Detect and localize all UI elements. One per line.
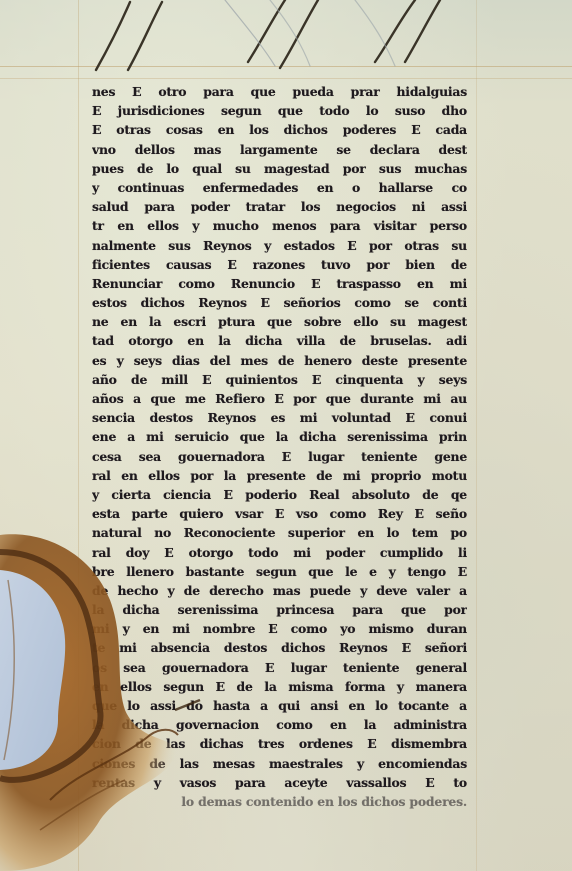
text-line: cesa sea gouernadora E lugar teniente ge… <box>92 447 467 466</box>
text-line: salud para poder tratar los negocios ni … <box>92 197 467 216</box>
text-line: tr en ellos y mucho menos para visitar p… <box>92 216 467 235</box>
text-line: nalmente sus Reynos y estados E por otra… <box>92 236 467 255</box>
text-line: nes E otro para que pueda prar hidalguia… <box>92 82 467 101</box>
burn-damage-hole <box>0 530 230 871</box>
text-line: sencia destos Reynos es mi voluntad E co… <box>92 408 467 427</box>
text-line: estos dichos Reynos E señorios como se c… <box>92 293 467 312</box>
text-line: ficientes causas E razones tuvo por bien… <box>92 255 467 274</box>
text-line: E jurisdiciones segun que todo lo suso d… <box>92 101 467 120</box>
text-line: y continuas enfermedades en o hallarse c… <box>92 178 467 197</box>
text-line: año de mill E quinientos E cinquenta y s… <box>92 370 467 389</box>
text-line: es y seys dias del mes de henero deste p… <box>92 351 467 370</box>
text-line: Renunciar como Renuncio E traspasso en m… <box>92 274 467 293</box>
text-line: E otras cosas en los dichos poderes E ca… <box>92 120 467 139</box>
text-line: tad otorgo en la dicha villa de bruselas… <box>92 331 467 350</box>
text-line: pues de lo qual su magestad por sus much… <box>92 159 467 178</box>
text-line: ral en ellos por la presente de mi propr… <box>92 466 467 485</box>
parchment-page: nes E otro para que pueda prar hidalguia… <box>0 0 572 871</box>
text-line: y cierta ciencia E poderio Real absoluto… <box>92 485 467 504</box>
ruling-line-right <box>476 0 477 871</box>
text-line: ene a mi seruicio que la dicha serenissi… <box>92 427 467 446</box>
text-line: esta parte quiero vsar E vso como Rey E … <box>92 504 467 523</box>
text-line: años a que me Refiero E por que durante … <box>92 389 467 408</box>
text-line: ne en la escri ptura que sobre ello su m… <box>92 312 467 331</box>
text-line: vno dellos mas largamente se declara des… <box>92 140 467 159</box>
calligraphic-ascender-strokes <box>0 0 572 80</box>
